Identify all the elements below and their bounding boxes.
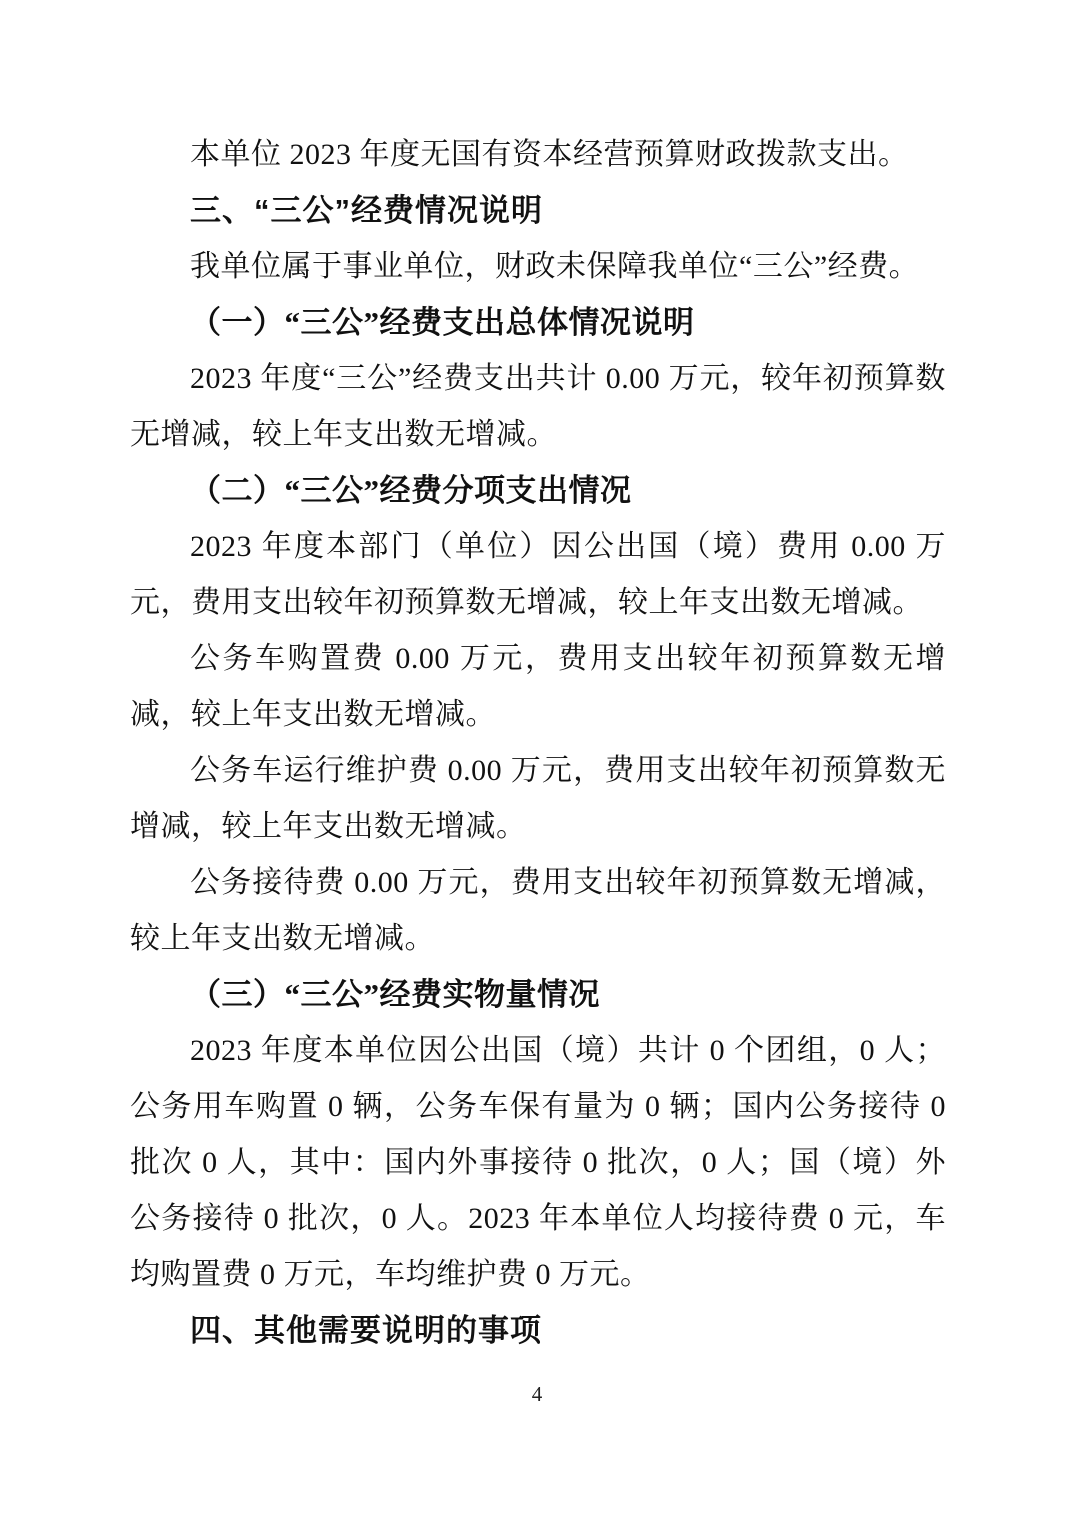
page-content: 本单位 2023 年度无国有资本经营预算财政拨款支出。 三、“三公”经费情况说明… [130,127,946,1359]
body-paragraph-official-reception-expense: 公务接待费 0.00 万元，费用支出较年初预算数无增减，较上年支出数无增减。 [130,855,946,967]
body-paragraph-no-state-capital-budget: 本单位 2023 年度无国有资本经营预算财政拨款支出。 [130,127,946,183]
document-page: 本单位 2023 年度无国有资本经营预算财政拨款支出。 三、“三公”经费情况说明… [0,0,1074,1520]
body-paragraph-vehicle-purchase-expense: 公务车购置费 0.00 万元，费用支出较年初预算数无增减，较上年支出数无增减。 [130,631,946,743]
body-paragraph-overseas-travel-expense: 2023 年度本部门（单位）因公出国（境）费用 0.00 万元，费用支出较年初预… [130,519,946,631]
page-number: 4 [0,1382,1074,1407]
body-paragraph-physical-quantity-detail: 2023 年度本单位因公出国（境）共计 0 个团组，0 人；公务用车购置 0 辆… [130,1023,946,1303]
subsection-heading-physical-quantity: （三）“三公”经费实物量情况 [130,967,946,1023]
section-heading-three-public-expenses: 三、“三公”经费情况说明 [130,183,946,239]
body-paragraph-total-expense: 2023 年度“三公”经费支出共计 0.00 万元，较年初预算数无增减，较上年支… [130,351,946,463]
body-paragraph-vehicle-maintenance-expense: 公务车运行维护费 0.00 万元，费用支出较年初预算数无增减，较上年支出数无增减… [130,743,946,855]
subsection-heading-overall-expense: （一）“三公”经费支出总体情况说明 [130,295,946,351]
section-heading-other-matters: 四、其他需要说明的事项 [130,1303,946,1359]
subsection-heading-itemized-expense: （二）“三公”经费分项支出情况 [130,463,946,519]
body-paragraph-institution-type: 我单位属于事业单位，财政未保障我单位“三公”经费。 [130,239,946,295]
